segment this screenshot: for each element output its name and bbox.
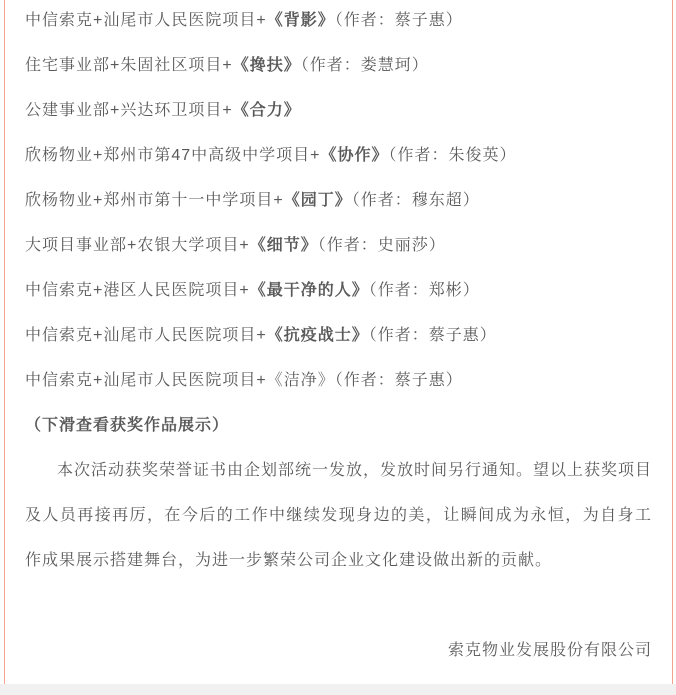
award-item-author: （作者：朱俊英） [389, 147, 517, 164]
award-item-title: 《洁净》 [267, 372, 335, 389]
award-item-prefix: 住宅事业部+朱固社区项目+ [25, 57, 233, 74]
award-list-item: 欣杨物业+郑州市第十一中学项目+《园丁》（作者：穆东超） [25, 178, 652, 223]
award-list-item: 中信索克+汕尾市人民医院项目+《洁净》（作者：蔡子惠） [25, 358, 652, 403]
award-item-prefix: 中信索克+汕尾市人民医院项目+ [25, 327, 267, 344]
company-signature: 索克物业发展股份有限公司 [25, 628, 652, 673]
award-item-prefix: 中信索克+汕尾市人民医院项目+ [25, 12, 267, 29]
award-item-title: 《细节》 [250, 237, 318, 254]
article-body: 中信索克+汕尾市人民医院项目+《背影》（作者：蔡子惠）住宅事业部+朱固社区项目+… [5, 0, 672, 673]
award-list-item: 中信索克+汕尾市人民医院项目+《背影》（作者：蔡子惠） [25, 0, 652, 43]
award-item-prefix: 公建事业部+兴达环卫项目+ [25, 102, 233, 119]
award-list-item: 中信索克+汕尾市人民医院项目+《抗疫战士》（作者：蔡子惠） [25, 313, 652, 358]
award-item-author: （作者：穆东超） [352, 192, 480, 209]
award-item-author: （作者：郑彬） [369, 282, 480, 299]
award-item-author: （作者：蔡子惠） [335, 12, 463, 29]
award-item-title: 《最干净的人》 [250, 282, 369, 299]
award-item-prefix: 中信索克+港区人民医院项目+ [25, 282, 250, 299]
award-item-title: 《背影》 [267, 12, 335, 29]
award-list-item: 公建事业部+兴达环卫项目+《合力》 [25, 88, 652, 133]
award-item-prefix: 欣杨物业+郑州市第十一中学项目+ [25, 192, 284, 209]
award-item-title: 《搀扶》 [233, 57, 301, 74]
award-item-prefix: 中信索克+汕尾市人民医院项目+ [25, 372, 267, 389]
award-item-author: （作者：娄慧珂） [301, 57, 429, 74]
closing-paragraph: 本次活动获奖荣誉证书由企划部统一发放，发放时间另行通知。望以上获奖项目及人员再接… [25, 448, 652, 583]
award-list: 中信索克+汕尾市人民医院项目+《背影》（作者：蔡子惠）住宅事业部+朱固社区项目+… [25, 0, 652, 403]
award-item-title: 《园丁》 [284, 192, 352, 209]
award-item-prefix: 欣杨物业+郑州市第47中高级中学项目+ [25, 147, 321, 164]
award-item-title: 《抗疫战士》 [267, 327, 369, 344]
article-content-frame: 中信索克+汕尾市人民医院项目+《背影》（作者：蔡子惠）住宅事业部+朱固社区项目+… [4, 0, 673, 685]
page-background-strip [0, 684, 676, 695]
award-item-author: （作者：蔡子惠） [335, 372, 463, 389]
award-item-title: 《合力》 [233, 102, 301, 119]
award-list-item: 大项目事业部+农银大学项目+《细节》（作者：史丽莎） [25, 223, 652, 268]
award-list-item: 住宅事业部+朱固社区项目+《搀扶》（作者：娄慧珂） [25, 43, 652, 88]
award-item-prefix: 大项目事业部+农银大学项目+ [25, 237, 250, 254]
scroll-hint: （下滑查看获奖作品展示） [25, 403, 652, 448]
award-item-title: 《协作》 [321, 147, 389, 164]
award-list-item: 中信索克+港区人民医院项目+《最干净的人》（作者：郑彬） [25, 268, 652, 313]
award-item-author: （作者：史丽莎） [318, 237, 446, 254]
award-item-author: （作者：蔡子惠） [369, 327, 497, 344]
award-list-item: 欣杨物业+郑州市第47中高级中学项目+《协作》（作者：朱俊英） [25, 133, 652, 178]
